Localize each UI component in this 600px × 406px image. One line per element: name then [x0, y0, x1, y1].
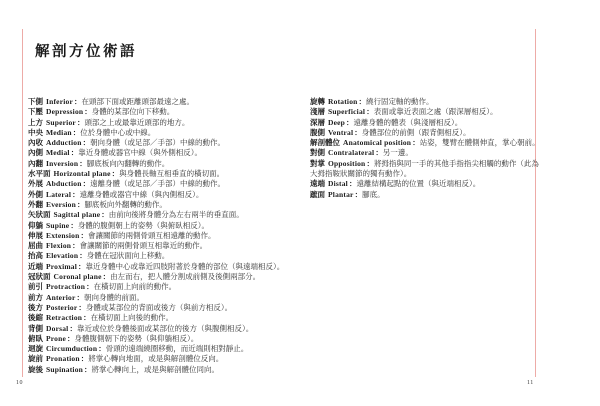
term-en: Retraction [46, 313, 82, 322]
term-separator: ： [84, 107, 92, 116]
term-separator: ： [79, 251, 87, 260]
term-entry: 伸展Extension：會讓關節的兩側骨頭互相遠離的動作。 [28, 231, 298, 241]
term-entry: 遠端Distal：遠離結構起點的位置（與近端相反）。 [310, 179, 544, 189]
term-zh: 對側 [310, 148, 325, 157]
term-definition: 身體腹側朝下的姿勢（與仰躺相反）。 [75, 334, 199, 343]
term-zh: 下側 [28, 97, 43, 106]
term-definition: 站姿，雙臂在體側伸直，掌心朝前。 [420, 138, 540, 147]
term-entry: 內翻Inversion：腳底板向內翻轉的動作。 [28, 159, 298, 169]
term-zh: 中央 [28, 128, 43, 137]
term-en: Opposition [328, 159, 365, 168]
term-separator: ： [366, 107, 374, 116]
term-en: Extension [46, 231, 79, 240]
term-definition: 由左而右，把人體分割成前側及後側兩部分。 [110, 272, 260, 281]
term-definition: 遠離身體的體表（與淺層相反）。 [354, 118, 463, 127]
term-zh: 腹側 [310, 128, 325, 137]
term-en: Protraction [46, 282, 85, 291]
term-separator: ： [78, 303, 86, 312]
term-entry: 屈曲Flexion：會讓關節的兩側骨頭互相靠近的動作。 [28, 241, 298, 251]
term-definition: 將掌心轉向地面，或是與解剖體位反向。 [88, 354, 223, 363]
term-zh: 深層 [310, 118, 325, 127]
term-entry: 俯臥Prone：身體腹側朝下的姿勢（與仰躺相反）。 [28, 334, 298, 344]
term-zh: 旋轉 [310, 97, 325, 106]
term-zh: 淺層 [310, 107, 325, 116]
term-en: Posterior [46, 303, 77, 312]
term-separator: ： [72, 241, 80, 250]
term-entry: 腹側Ventral：身體部位的前側（跟背側相反）。 [310, 128, 544, 138]
term-entry: 前方Anterior：朝向身體的前面。 [28, 293, 298, 303]
term-zh: 解剖體位 [310, 138, 340, 147]
term-en: Coronal plane [54, 272, 102, 281]
term-entry: 外翻Eversion：腳底板向外翻轉的動作。 [28, 200, 298, 210]
term-en: Superficial [328, 107, 365, 116]
term-entry: 對掌Opposition：將拇指與同一手的其他手指指尖相觸的動作（此為大拇指鞍狀… [310, 159, 544, 180]
term-entry: 深層Deep：遠離身體的體表（與淺層相反）。 [310, 118, 544, 128]
term-zh: 抬高 [28, 251, 43, 260]
term-zh: 冠狀面 [28, 272, 51, 281]
term-zh: 前方 [28, 293, 43, 302]
term-separator: ： [346, 118, 354, 127]
term-separator: ： [355, 190, 363, 199]
term-zh: 矢狀面 [28, 210, 51, 219]
term-en: Proximal [46, 262, 77, 271]
term-en: Elevation [46, 251, 78, 260]
term-zh: 前引 [28, 282, 43, 291]
term-definition: 遠離身體（或足部／手部）中線的動作。 [90, 179, 225, 188]
term-zh: 對掌 [310, 159, 325, 168]
term-separator: ： [69, 324, 77, 333]
term-definition: 會讓關節的兩側骨頭互相遠離的動作。 [88, 231, 216, 240]
term-zh: 伸展 [28, 231, 43, 240]
term-entry: 上方Superior：頭部之上或最靠近頭部的地方。 [28, 118, 298, 128]
term-definition: 位於身體中心或中線。 [80, 128, 155, 137]
term-separator: ： [103, 272, 111, 281]
term-zh: 下壓 [28, 107, 43, 116]
term-definition: 在橫切面上向前的動作。 [94, 282, 177, 291]
right-page-margin-rule [535, 29, 536, 377]
term-zh: 內側 [28, 148, 43, 157]
term-separator: ： [80, 231, 88, 240]
term-definition: 靠近或位於身體後面或某部位的後方（與腹側相反）。 [77, 324, 253, 333]
term-definition: 與身體長軸互相垂直的橫切面。 [119, 169, 224, 178]
term-definition: 表面或靠近表面之處（跟深層相反）。 [374, 107, 498, 116]
term-definition: 腳底。 [362, 190, 385, 199]
page-number-left: 10 [16, 380, 23, 386]
term-definition: 遠離身體或器官中線（與內側相反）。 [80, 190, 204, 199]
term-separator: ： [83, 138, 91, 147]
term-zh: 遠端 [310, 179, 325, 188]
term-separator: ： [354, 128, 362, 137]
term-en: Plantar [328, 190, 354, 199]
term-en: Horizontal plane [54, 169, 111, 178]
term-definition: 朝向身體的前面。 [84, 293, 144, 302]
term-entry: 前引Protraction：在橫切面上向前的動作。 [28, 282, 298, 292]
term-zh: 蹠面 [310, 190, 325, 199]
term-definition: 身體的腹側朝上的姿勢（與俯臥相反）。 [78, 221, 209, 230]
term-separator: ： [412, 138, 420, 147]
term-separator: ： [359, 97, 367, 106]
term-entry: 解剖體位Anatomical position：站姿，雙臂在體側伸直，掌心朝前。 [310, 138, 544, 148]
term-en: Adduction [46, 138, 82, 147]
term-en: Deep [328, 118, 345, 127]
left-definition-column: 下側Inferior：在頭部下面或距離頭部最遠之處。下壓Depression：身… [28, 97, 298, 375]
term-separator: ： [86, 282, 94, 291]
term-entry: 仰躺Supine：身體的腹側朝上的姿勢（與俯臥相反）。 [28, 221, 298, 231]
term-entry: 下壓Depression：身體的某部位向下移動。 [28, 107, 298, 117]
term-en: Lateral [46, 190, 71, 199]
term-definition: 另一邊。 [383, 148, 413, 157]
term-definition: 會讓關節的兩側骨頭互相靠近的動作。 [80, 241, 208, 250]
term-zh: 外展 [28, 179, 43, 188]
term-en: Medial [46, 148, 70, 157]
term-en: Superior [46, 118, 76, 127]
right-definition-column: 旋轉Rotation：繞行固定軸的動作。淺層Superficial：表面或靠近表… [310, 97, 544, 200]
term-separator: ： [79, 159, 87, 168]
term-definition: 腳底板向外翻轉的動作。 [84, 200, 167, 209]
term-definition: 由前向後將身體分為左右兩半的垂直面。 [109, 210, 244, 219]
term-en: Sagittal plane [54, 210, 101, 219]
page-title: 解剖方位術語 [35, 40, 137, 61]
term-en: Abduction [46, 179, 82, 188]
term-entry: 外展Abduction：遠離身體（或足部／手部）中線的動作。 [28, 179, 298, 189]
term-separator: ： [67, 334, 75, 343]
term-zh: 近端 [28, 262, 43, 271]
term-zh: 屈曲 [28, 241, 43, 250]
term-en: Median [46, 128, 72, 137]
term-en: Eversion [46, 200, 76, 209]
term-en: Dorsal [46, 324, 68, 333]
term-entry: 中央Median：位於身體中心或中線。 [28, 128, 298, 138]
term-entry: 旋前Pronation：將掌心轉向地面，或是與解剖體位反向。 [28, 354, 298, 364]
term-entry: 後縮Retraction：在橫切面上向後的動作。 [28, 313, 298, 323]
term-definition: 身體的某部位向下移動。 [92, 107, 175, 116]
term-definition: 靠近身體中心或靠近四肢附著於身體的部位（與遠端相反）。 [86, 262, 285, 271]
term-entry: 後方Posterior：身體或某部位的背面或後方（與前方相反）。 [28, 303, 298, 313]
term-definition: 頭部之上或最靠近頭部的地方。 [84, 118, 189, 127]
term-separator: ： [72, 190, 80, 199]
page-number-right: 11 [527, 380, 534, 386]
term-definition: 身體或某部位的背面或後方（與前方相反）。 [86, 303, 232, 312]
term-entry: 水平面Horizontal plane：與身體長軸互相垂直的橫切面。 [28, 169, 298, 179]
term-entry: 外側Lateral：遠離身體或器官中線（與內側相反）。 [28, 190, 298, 200]
term-separator: ： [84, 365, 92, 374]
term-entry: 內側Medial：靠近身體或器官中線（與外側相反）。 [28, 148, 298, 158]
term-zh: 水平面 [28, 169, 51, 178]
term-en: Anterior [46, 293, 76, 302]
term-en: Inferior [46, 97, 73, 106]
term-entry: 淺層Superficial：表面或靠近表面之處（跟深層相反）。 [310, 107, 544, 117]
term-definition: 將掌心轉向上，或是與解剖體位同向。 [92, 365, 220, 374]
term-zh: 後縮 [28, 313, 43, 322]
term-en: Circumduction [46, 344, 97, 353]
term-en: Contralateral [328, 148, 374, 157]
term-zh: 外側 [28, 190, 43, 199]
term-zh: 後方 [28, 303, 43, 312]
term-definition: 靠近身體或器官中線（與外側相反）。 [78, 148, 202, 157]
term-definition: 繞行固定軸的動作。 [366, 97, 434, 106]
term-zh: 仰躺 [28, 221, 43, 230]
term-definition: 腳底板向內翻轉的動作。 [87, 159, 170, 168]
term-zh: 內翻 [28, 159, 43, 168]
term-entry: 對側Contralateral：另一邊。 [310, 148, 544, 158]
term-separator: ： [78, 262, 86, 271]
term-separator: ： [83, 313, 91, 322]
term-entry: 下側Inferior：在頭部下面或距離頭部最遠之處。 [28, 97, 298, 107]
term-en: Inversion [46, 159, 78, 168]
term-definition: 骨頭的遠端繞圈移動，而近端則相對靜止。 [106, 344, 249, 353]
term-separator: ： [366, 159, 374, 168]
term-en: Rotation [328, 97, 358, 106]
term-entry: 內收Adduction：朝向身體（或足部／手部）中線的動作。 [28, 138, 298, 148]
term-en: Depression [46, 107, 83, 116]
term-separator: ： [70, 221, 78, 230]
term-separator: ： [83, 179, 91, 188]
term-en: Distal [328, 179, 348, 188]
term-entry: 矢狀面Sagittal plane：由前向後將身體分為左右兩半的垂直面。 [28, 210, 298, 220]
term-entry: 迴旋Circumduction：骨頭的遠端繞圈移動，而近端則相對靜止。 [28, 344, 298, 354]
term-en: Prone [46, 334, 66, 343]
term-separator: ： [77, 293, 85, 302]
term-separator: ： [74, 97, 82, 106]
term-definition: 身體部位的前側（跟背側相反）。 [362, 128, 471, 137]
term-zh: 外翻 [28, 200, 43, 209]
term-separator: ： [101, 210, 109, 219]
term-zh: 上方 [28, 118, 43, 127]
term-en: Flexion [46, 241, 71, 250]
term-zh: 旋後 [28, 365, 43, 374]
term-en: Anatomical position [343, 138, 411, 147]
term-en: Supination [46, 365, 83, 374]
term-entry: 抬高Elevation：身體在冠狀面向上移動。 [28, 251, 298, 261]
left-page-margin-rule [22, 29, 23, 377]
term-definition: 身體在冠狀面向上移動。 [87, 251, 170, 260]
term-entry: 近端Proximal：靠近身體中心或靠近四肢附著於身體的部位（與遠端相反）。 [28, 262, 298, 272]
term-zh: 旋前 [28, 354, 43, 363]
term-separator: ： [375, 148, 383, 157]
term-separator: ： [98, 344, 106, 353]
term-zh: 內收 [28, 138, 43, 147]
term-zh: 背側 [28, 324, 43, 333]
term-entry: 蹠面Plantar：腳底。 [310, 190, 544, 200]
term-entry: 旋後Supination：將掌心轉向上，或是與解剖體位同向。 [28, 365, 298, 375]
term-definition: 朝向身體（或足部／手部）中線的動作。 [90, 138, 225, 147]
term-entry: 背側Dorsal：靠近或位於身體後面或某部位的後方（與腹側相反）。 [28, 324, 298, 334]
term-entry: 冠狀面Coronal plane：由左而右，把人體分割成前側及後側兩部分。 [28, 272, 298, 282]
term-zh: 迴旋 [28, 344, 43, 353]
term-en: Ventral [328, 128, 353, 137]
term-zh: 俯臥 [28, 334, 43, 343]
term-definition: 遠離結構起點的位置（與近端相反）。 [356, 179, 480, 188]
term-definition: 在頭部下面或距離頭部最遠之處。 [82, 97, 195, 106]
term-en: Supine [46, 221, 69, 230]
term-entry: 旋轉Rotation：繞行固定軸的動作。 [310, 97, 544, 107]
term-en: Pronation [46, 354, 80, 363]
term-definition: 在橫切面上向後的動作。 [91, 313, 174, 322]
